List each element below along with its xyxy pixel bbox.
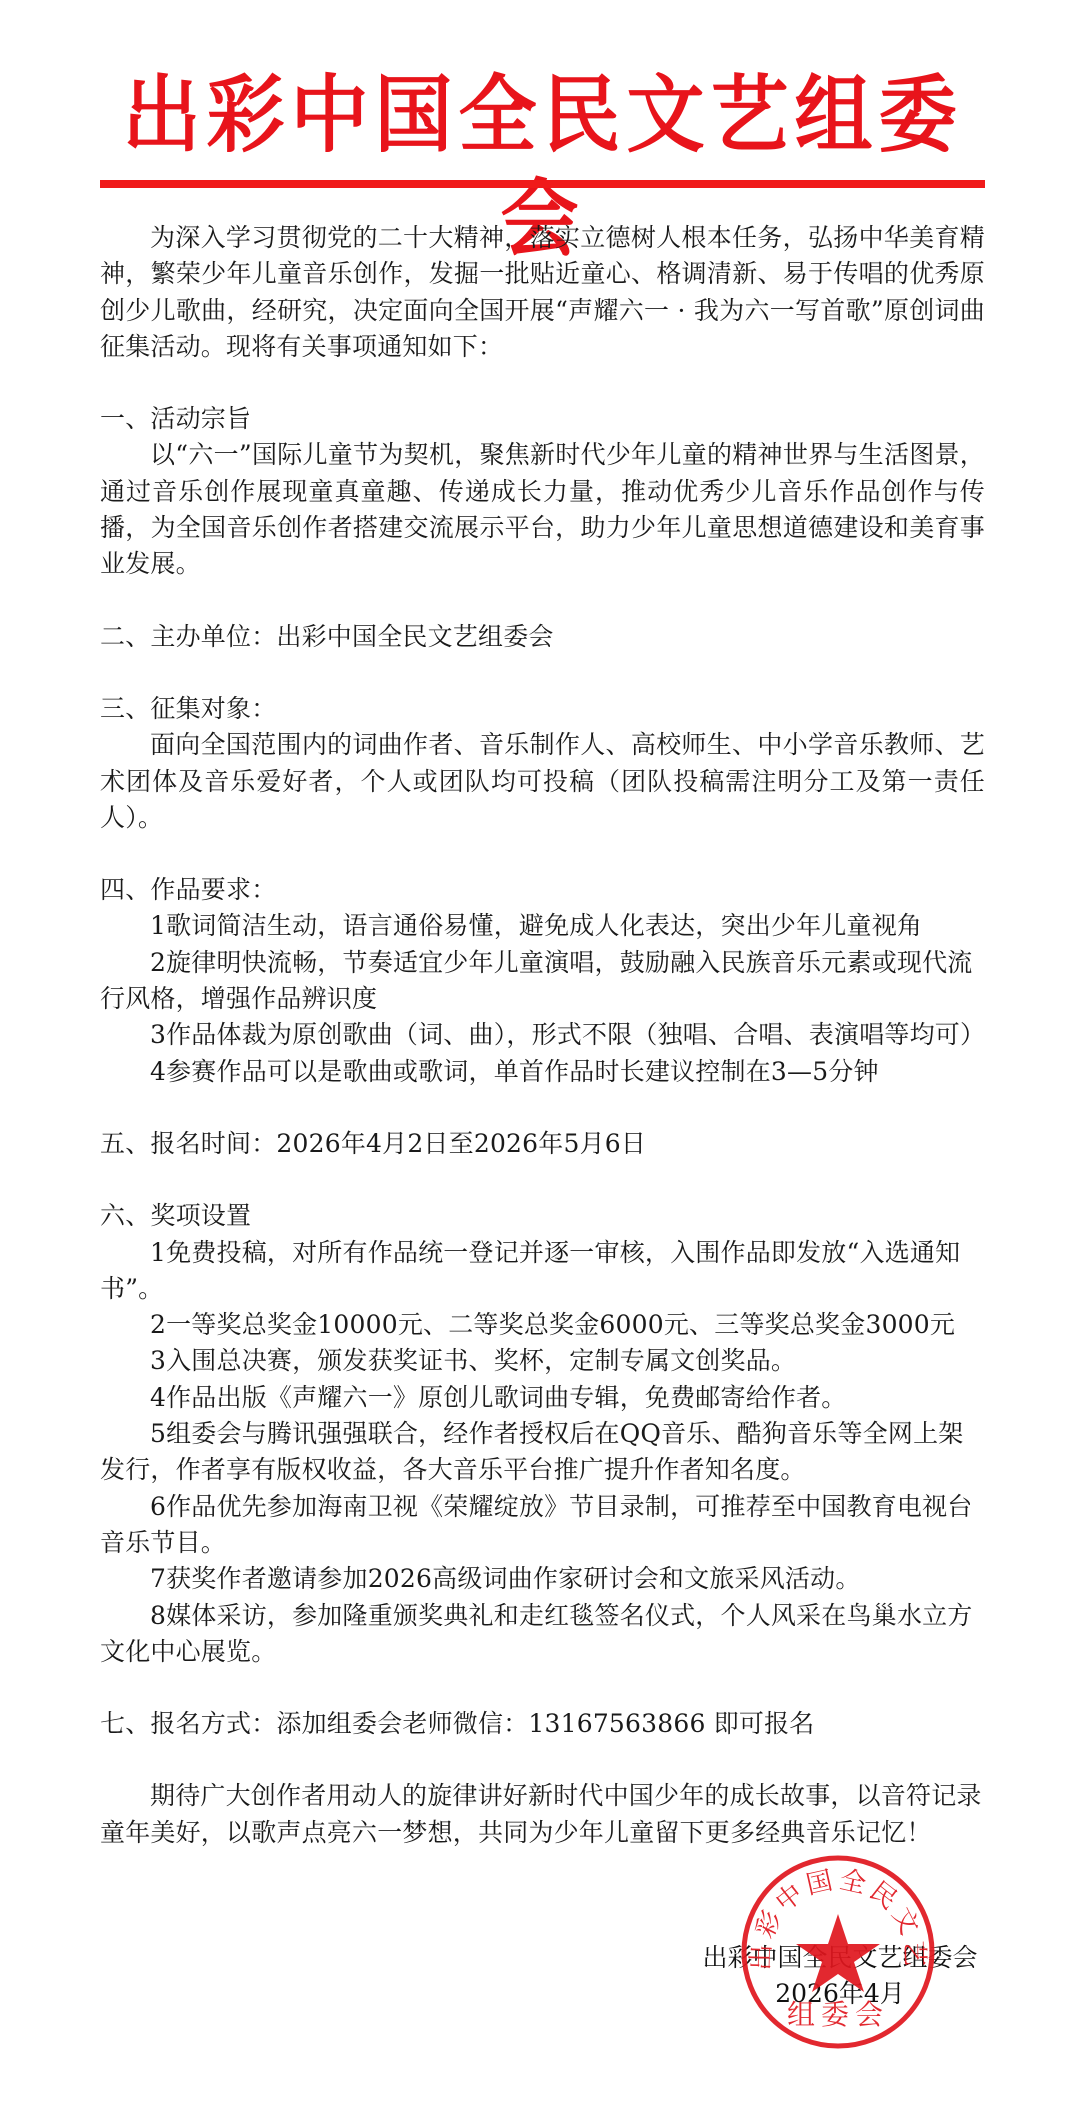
spacer — [100, 836, 985, 872]
closing-paragraph: 期待广大创作者用动人的旋律讲好新时代中国少年的成长故事，以音符记录童年美好，以歌… — [100, 1778, 985, 1851]
spacer — [100, 1090, 985, 1126]
intro-paragraph: 为深入学习贯彻党的二十大精神，落实立德树人根本任务，弘扬中华美育精神，繁荣少年儿… — [100, 220, 985, 365]
requirement-item: 4参赛作品可以是歌曲或歌词，单首作品时长建议控制在3—5分钟 — [100, 1054, 985, 1090]
section-body-audience: 面向全国范围内的词曲作者、音乐制作人、高校师生、中小学音乐教师、艺术团体及音乐爱… — [100, 727, 985, 836]
signature-org: 出彩中国全民文艺组委会 — [690, 1940, 990, 1976]
document-body: 为深入学习贯彻党的二十大精神，落实立德树人根本任务，弘扬中华美育精神，繁荣少年儿… — [100, 220, 985, 1851]
section-heading-requirements: 四、作品要求： — [100, 872, 985, 908]
spacer — [100, 1670, 985, 1706]
section-heading-registration-method: 七、报名方式：添加组委会老师微信：13167563866 即可报名 — [100, 1706, 985, 1742]
section-heading-registration-time: 五、报名时间：2026年4月2日至2026年5月6日 — [100, 1126, 985, 1162]
section-heading-purpose: 一、活动宗旨 — [100, 401, 985, 437]
section-heading-audience: 三、征集对象： — [100, 691, 985, 727]
award-item: 5组委会与腾讯强强联合，经作者授权后在QQ音乐、酷狗音乐等全网上架发行，作者享有… — [100, 1416, 985, 1489]
award-item: 2一等奖总奖金10000元、二等奖总奖金6000元、三等奖总奖金3000元 — [100, 1307, 985, 1343]
requirement-item: 2旋律明快流畅，节奏适宜少年儿童演唱，鼓励融入民族音乐元素或现代流行风格，增强作… — [100, 945, 985, 1018]
section-body-purpose: 以“六一”国际儿童节为契机，聚焦新时代少年儿童的精神世界与生活图景，通过音乐创作… — [100, 437, 985, 582]
award-item: 7获奖作者邀请参加2026高级词曲作家研讨会和文旅采风活动。 — [100, 1561, 985, 1597]
award-item: 1免费投稿，对所有作品统一登记并逐一审核，入围作品即发放“入选通知书”。 — [100, 1235, 985, 1308]
signature-date: 2026年4月 — [690, 1976, 990, 2012]
spacer — [100, 1742, 985, 1778]
award-item: 4作品出版《声耀六一》原创儿歌词曲专辑，免费邮寄给作者。 — [100, 1380, 985, 1416]
section-heading-organizer: 二、主办单位：出彩中国全民文艺组委会 — [100, 619, 985, 655]
requirement-item: 3作品体裁为原创歌曲（词、曲），形式不限（独唱、合唱、表演唱等均可） — [100, 1017, 985, 1053]
spacer — [100, 365, 985, 401]
award-item: 3入围总决赛，颁发获奖证书、奖杯，定制专属文创奖品。 — [100, 1343, 985, 1379]
spacer — [100, 655, 985, 691]
spacer — [100, 583, 985, 619]
award-item: 8媒体采访，参加隆重颁奖典礼和走红毯签名仪式，个人风采在鸟巢水立方文化中心展览。 — [100, 1598, 985, 1671]
spacer — [100, 1162, 985, 1198]
signature-block: 出彩中国全民文艺组委会 2026年4月 — [690, 1940, 990, 2012]
requirement-item: 1歌词简洁生动，语言通俗易懂，避免成人化表达，突出少年儿童视角 — [100, 908, 985, 944]
title-divider — [100, 180, 985, 188]
award-item: 6作品优先参加海南卫视《荣耀绽放》节目录制，可推荐至中国教育电视台音乐节目。 — [100, 1489, 985, 1562]
section-heading-awards: 六、奖项设置 — [100, 1198, 985, 1234]
